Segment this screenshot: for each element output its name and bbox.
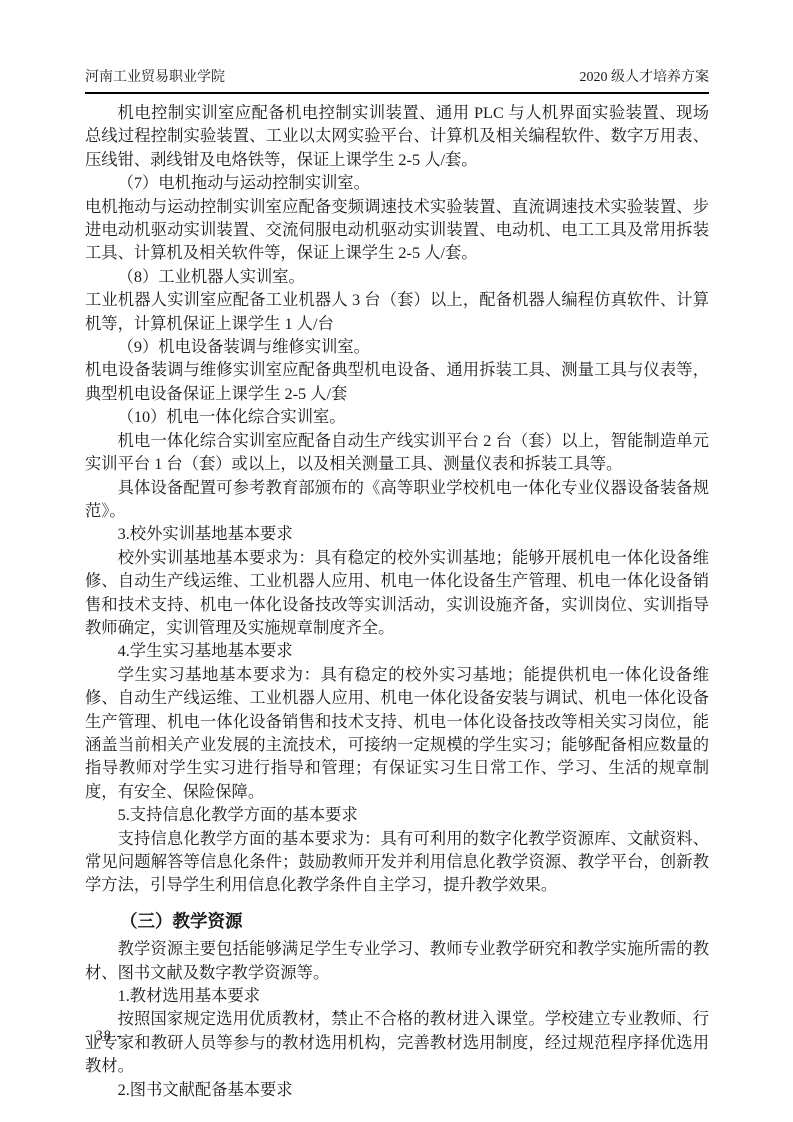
paragraph: 具体设备配置可参考教育部颁布的《高等职业学校机电一体化专业仪器设备装备规范》。 — [85, 476, 709, 523]
paragraph: 5.支持信息化教学方面的基本要求 — [85, 803, 709, 826]
paragraph: 支持信息化教学方面的基本要求为：具有可利用的数字化教学资源库、文献资料、常见问题… — [85, 827, 709, 897]
page-number: - 38 - — [85, 1028, 122, 1044]
paragraph: （8）工业机器人实训室。 — [85, 265, 709, 288]
document-body: 机电控制实训室应配备机电控制实训装置、通用 PLC 与人机界面实验装置、现场总线… — [85, 101, 709, 1101]
page-footer: - 38 - — [85, 1028, 122, 1045]
header-plan-title: 2020 级人才培养方案 — [580, 66, 710, 86]
paragraph: 1.教材选用基本要求 — [85, 984, 709, 1007]
page-header: 河南工业贸易职业学院 2020 级人才培养方案 — [85, 66, 709, 94]
paragraph: 工业机器人实训室应配备工业机器人 3 台（套）以上，配备机器人编程仿真软件、计算… — [85, 288, 709, 335]
paragraph: 3.校外实训基地基本要求 — [85, 522, 709, 545]
paragraph: （10）机电一体化综合实训室。 — [85, 405, 709, 428]
paragraph: 教学资源主要包括能够满足学生专业学习、教师专业教学研究和教学实施所需的教材、图书… — [85, 937, 709, 984]
paragraph: 机电一体化综合实训室应配备自动生产线实训平台 2 台（套）以上，智能制造单元实训… — [85, 429, 709, 476]
section-heading: （三）教学资源 — [85, 910, 709, 933]
paragraph: 学生实习基地基本要求为：具有稳定的校外实习基地；能提供机电一体化设备维修、自动生… — [85, 663, 709, 803]
paragraph: 按照国家规定选用优质教材，禁止不合格的教材进入课堂。学校建立专业教师、行业专家和… — [85, 1007, 709, 1077]
paragraph: （7）电机拖动与运动控制实训室。 — [85, 171, 709, 194]
paragraph: 电机拖动与运动控制实训室应配备变频调速技术实验装置、直流调速技术实验装置、步进电… — [85, 195, 709, 265]
header-school-name: 河南工业贸易职业学院 — [85, 66, 225, 86]
paragraph: 2.图书文献配备基本要求 — [85, 1078, 709, 1101]
paragraph: 机电设备装调与维修实训室应配备典型机电设备、通用拆装工具、测量工具与仪表等，典型… — [85, 358, 709, 405]
paragraph: 校外实训基地基本要求为：具有稳定的校外实训基地；能够开展机电一体化设备维修、自动… — [85, 546, 709, 640]
paragraph: （9）机电设备装调与维修实训室。 — [85, 335, 709, 358]
document-page: 河南工业贸易职业学院 2020 级人才培养方案 机电控制实训室应配备机电控制实训… — [0, 0, 793, 1122]
paragraph: 4.学生实习基地基本要求 — [85, 639, 709, 662]
paragraph: 机电控制实训室应配备机电控制实训装置、通用 PLC 与人机界面实验装置、现场总线… — [85, 101, 709, 171]
